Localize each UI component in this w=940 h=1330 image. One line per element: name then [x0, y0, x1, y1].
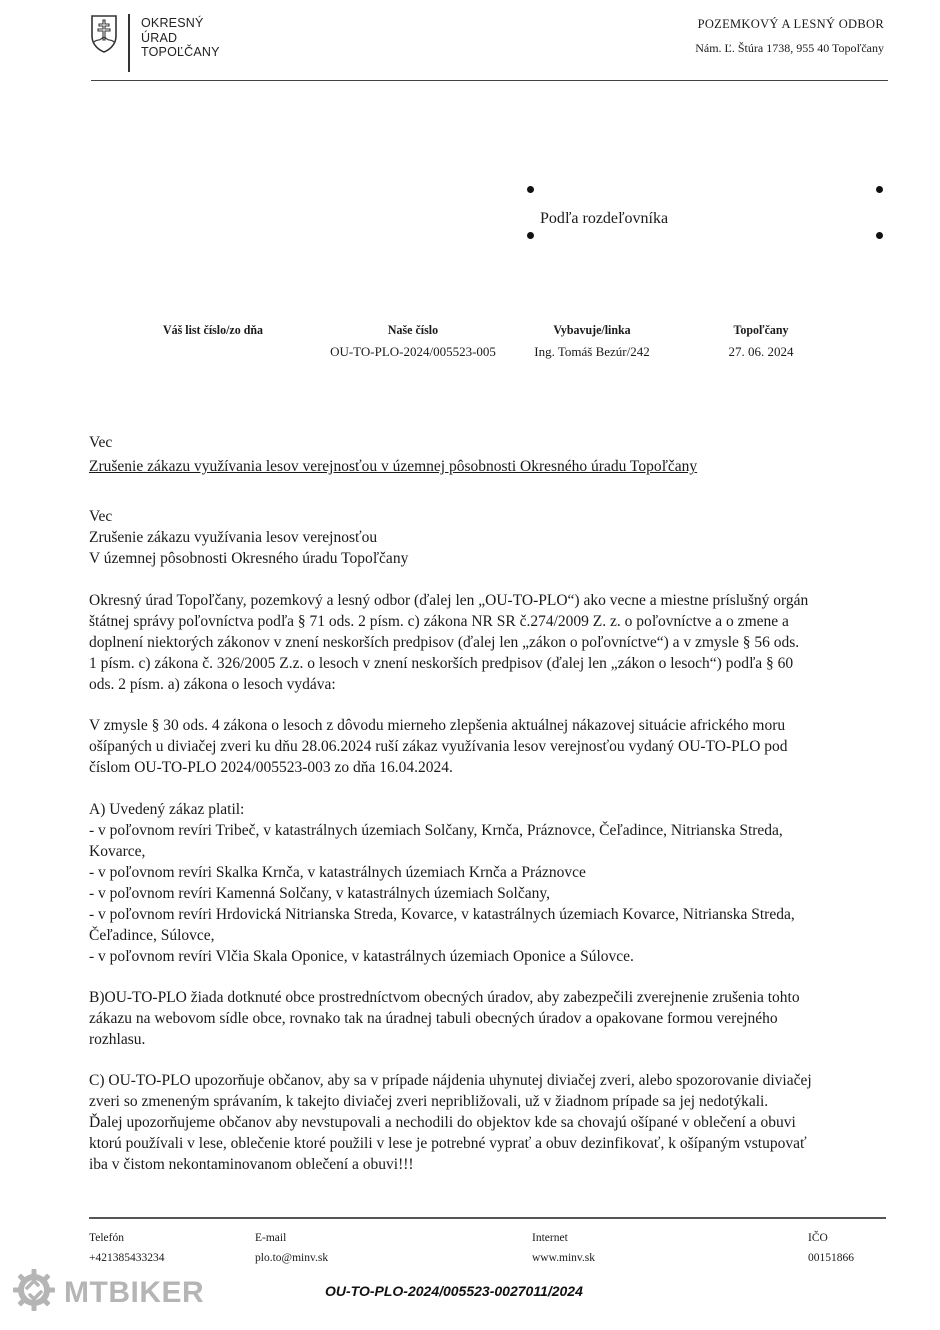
paragraph-line: zákazu na webovom sídle obce, rovnako ta… — [89, 1008, 889, 1029]
paragraph-line: zveri so zmeneným správaním, k takejto d… — [89, 1091, 889, 1112]
ref-value-handled-by: Ing. Tomáš Bezúr/242 — [502, 344, 682, 360]
paragraph-line: B)OU-TO-PLO žiada dotknuté obce prostred… — [89, 987, 889, 1008]
paragraph-line: Okresný úrad Topoľčany, pozemkový a lesn… — [89, 590, 889, 611]
decision-paragraph: V zmysle § 30 ods. 4 zákona o lesoch z d… — [89, 715, 889, 778]
subject-label: Vec — [89, 432, 889, 453]
ref-label-your-letter: Váš list číslo/zo dňa — [144, 322, 282, 338]
gear-logo-icon — [12, 1268, 56, 1317]
ref-label-place: Topoľčany — [692, 322, 830, 338]
list-item: - v poľovnom revíri Tribeč, v katastráln… — [89, 820, 889, 841]
section-c: C) OU-TO-PLO upozorňuje občanov, aby sa … — [89, 1070, 889, 1175]
footer-rule — [89, 1217, 886, 1219]
footer-email: E-mail plo.to@minv.sk — [255, 1228, 328, 1268]
footer-label: Telefón — [89, 1228, 165, 1248]
subject-title: Zrušenie zákazu využívania lesov verejno… — [89, 456, 889, 477]
paragraph-line: Ďalej upozorňujeme občanov aby nevstupov… — [89, 1112, 889, 1133]
slovak-coat-of-arms-icon — [90, 14, 118, 54]
list-item: Kovarce, — [89, 841, 889, 862]
footer-phone: Telefón +421385433234 — [89, 1228, 165, 1268]
address-window-marker — [527, 232, 534, 239]
organization-name: OKRESNÝ ÚRAD TOPOĽČANY — [141, 16, 220, 60]
footer-label: Internet — [532, 1228, 595, 1248]
section-a-heading: A) Uvedený zákaz platil: — [89, 799, 889, 820]
paragraph-line: číslom OU-TO-PLO 2024/005523-003 zo dňa … — [89, 757, 889, 778]
paragraph-line: V zmysle § 30 ods. 4 zákona o lesoch z d… — [89, 715, 889, 736]
list-item: - v poľovnom revíri Skalka Krnča, v kata… — [89, 862, 889, 883]
addressee: Podľa rozdeľovníka — [540, 210, 668, 228]
paragraph-line: ktorú používali v lese, oblečenie ktoré … — [89, 1133, 889, 1154]
list-item: - v poľovnom revíri Kamenná Solčany, v k… — [89, 883, 889, 904]
footer-label: E-mail — [255, 1228, 328, 1248]
watermark: MTBIKER — [12, 1268, 204, 1317]
list-item: Čeľadince, Súlovce, — [89, 925, 889, 946]
footer-label: IČO — [808, 1228, 854, 1248]
section-a: A) Uvedený zákaz platil: - v poľovnom re… — [89, 799, 889, 967]
footer-value: www.minv.sk — [532, 1248, 595, 1268]
document-id: OU-TO-PLO-2024/005523-0027011/2024 — [325, 1283, 583, 1299]
footer-value: 00151866 — [808, 1248, 854, 1268]
footer-internet: Internet www.minv.sk — [532, 1228, 595, 1268]
intro-paragraph: Okresný úrad Topoľčany, pozemkový a lesn… — [89, 590, 889, 695]
header-rule — [91, 80, 888, 81]
paragraph-line: C) OU-TO-PLO upozorňuje občanov, aby sa … — [89, 1070, 889, 1091]
address-window-marker — [876, 232, 883, 239]
ref-value-our-number: OU-TO-PLO-2024/005523-005 — [313, 344, 513, 360]
paragraph-line: rozhlasu. — [89, 1029, 889, 1050]
paragraph-line: ošípaných u diviačej zveri ku dňu 28.06.… — [89, 736, 889, 757]
paragraph-line: iba v čistom nekontaminovanom oblečení a… — [89, 1154, 889, 1175]
subject-repeat: Vec Zrušenie zákazu využívania lesov ver… — [89, 506, 889, 569]
ref-value-date: 27. 06. 2024 — [686, 344, 836, 360]
address-window-marker — [527, 186, 534, 193]
department-address: Nám. Ľ. Štúra 1738, 955 40 Topoľčany — [695, 41, 884, 56]
organization-line: TOPOĽČANY — [141, 45, 220, 60]
ref-label-handled-by: Vybavuje/linka — [523, 322, 661, 338]
paragraph-line: 1 písm. c) zákona č. 326/2005 Z.z. o les… — [89, 653, 889, 674]
paragraph-line: doplnení niektorých zákonov v znení nesk… — [89, 632, 889, 653]
organization-line: OKRESNÝ — [141, 16, 220, 31]
paragraph-line: ods. 2 písm. a) zákona o lesoch vydáva: — [89, 674, 889, 695]
list-item: - v poľovnom revíri Hrdovická Nitrianska… — [89, 904, 889, 925]
address-window-marker — [876, 186, 883, 193]
list-item: - v poľovnom revíri Vlčia Skala Oponice,… — [89, 946, 889, 967]
organization-line: ÚRAD — [141, 31, 220, 46]
subject-repeat-label: Vec — [89, 506, 889, 527]
footer-value: plo.to@minv.sk — [255, 1248, 328, 1268]
ref-label-our-number: Naše číslo — [344, 322, 482, 338]
footer-value: +421385433234 — [89, 1248, 165, 1268]
subject-repeat-line: Zrušenie zákazu využívania lesov verejno… — [89, 527, 889, 548]
paragraph-line: štátnej správy poľovníctva podľa § 71 od… — [89, 611, 889, 632]
department-name: POZEMKOVÝ A LESNÝ ODBOR — [698, 17, 884, 32]
header-divider — [128, 14, 130, 72]
watermark-text: MTBIKER — [64, 1276, 204, 1310]
subject-repeat-line: V územnej pôsobnosti Okresného úradu Top… — [89, 548, 889, 569]
section-b: B)OU-TO-PLO žiada dotknuté obce prostred… — [89, 987, 889, 1050]
footer-ico: IČO 00151866 — [808, 1228, 854, 1268]
